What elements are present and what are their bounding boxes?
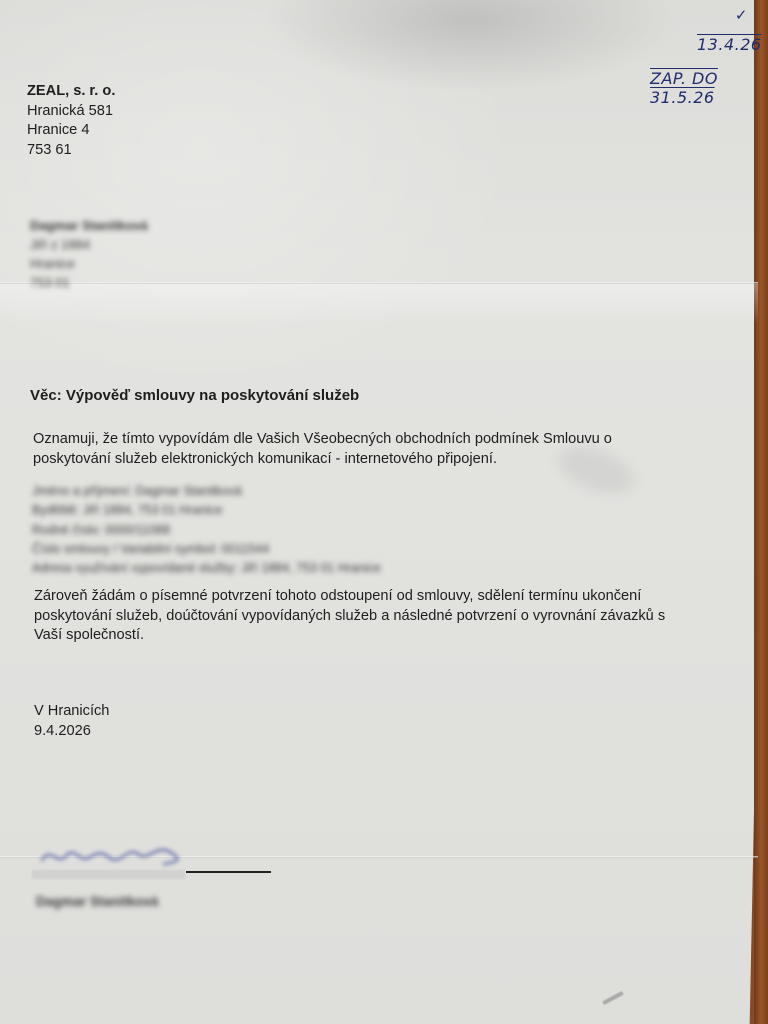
sender-street: Hranická 581 [27,102,115,122]
paragraph-line: Zároveň žádám o písemné potvrzení tohoto… [34,587,665,607]
sender-postal-code: 753 61 [27,141,115,161]
letter-place: V Hranicích [34,702,109,722]
desk-surface [754,0,768,1024]
detail-line: Adresa využívání vypovídané služby: Jiří… [32,559,381,578]
paragraph-request: Zároveň žádám o písemné potvrzení tohoto… [34,587,665,646]
paragraph-line: poskytování služeb, doúčtování vypovídan… [34,607,665,627]
paragraph-line: Vaší společností. [34,626,665,646]
handwritten-received-date: 13.4.26 [697,35,762,54]
letter-subject: Věc: Výpověď smlouvy na poskytování služ… [30,386,359,406]
sender-address: ZEAL, s. r. o. Hranická 581 Hranice 4 75… [27,82,115,160]
signature-name-redacted: Dagmar Stanitková [36,892,158,911]
recipient-line: Hranice [30,254,148,273]
letter-closing: V Hranicích 9.4.2026 [34,702,109,741]
sender-company: ZEAL, s. r. o. [27,82,115,102]
signature-redaction-bar [32,870,185,879]
paragraph-line: Oznamuji, že tímto vypovídám dle Vašich … [33,430,612,450]
signature-line [186,871,271,873]
detail-line: Rodné číslo: 0000/11088 [32,521,381,540]
detail-line: Číslo smlouvy / Variabilní symbol: 00115… [32,540,381,559]
recipient-address-redacted: Dagmar Stanitková Jiří z 1884 Hranice 75… [30,216,148,292]
recipient-line: 753 01 [30,273,148,292]
recipient-line: Jiří z 1884 [30,235,148,254]
detail-line: Bydliště: Jiří 1884, 753 01 Hranice [32,501,381,520]
handwritten-note: ZAP. DO 31.5.26 [650,69,768,107]
signature-redacted [36,836,186,872]
letter-date: 9.4.2026 [34,722,109,742]
sender-city: Hranice 4 [27,121,115,141]
customer-details-redacted: Jméno a příjmení: Dagmar Stanitková Bydl… [32,482,381,578]
detail-line: Jméno a příjmení: Dagmar Stanitková [32,482,381,501]
recipient-line: Dagmar Stanitková [30,216,148,235]
paragraph-line: poskytování služeb elektronických komuni… [33,450,612,470]
paragraph-notice: Oznamuji, že tímto vypovídám dle Vašich … [33,430,612,469]
check-mark-icon: ✓ [735,6,748,24]
